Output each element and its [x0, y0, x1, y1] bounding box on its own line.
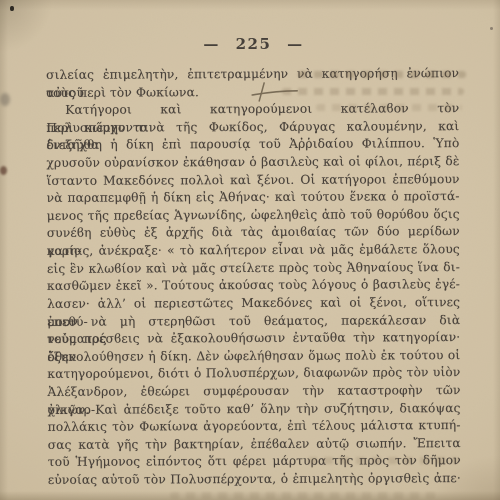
- text-line: χρυσοῦν οὐρανίσκον ἐκάθησαν ὁ βασιλεὺς κ…: [46, 153, 459, 172]
- text-line: ἵσταντο Μακεδόνες πολλοὶ καὶ ξένοι. Οἱ κ…: [47, 171, 460, 190]
- text-line: περὶ κώμην τινὰ τῆς Φωκίδος, Φάρυγας καλ…: [46, 118, 459, 137]
- text-line: κατηγορούμενοι, διότι ὁ Πολυσπέρχων, δια…: [47, 364, 460, 383]
- page-number: — 225 —: [203, 35, 303, 53]
- text-line: μουν νὰ μὴ στερηθῶσι τοῦ θεάματος, παρεκ…: [47, 312, 460, 331]
- text-line: ἐξηκολούθησεν ἡ δίκη. Δὲν ὠφελήθησαν ὅμω…: [47, 347, 460, 366]
- pencil-cross-mark: [250, 79, 300, 103]
- text-line: τοὺς πρέσϐεις νὰ ἐξακολουθήσωσιν ἐνταῦθα…: [47, 329, 460, 348]
- text-line: γορίας, ἀνέκραξε· « τὸ καλήτερον εἶναι ν…: [47, 241, 460, 260]
- page-header: — 225 —: [47, 35, 460, 53]
- text-line: πολλάκις τὸν Φωκίωνα ἀγορεύοντα, ἐπὶ τέλ…: [48, 417, 461, 436]
- text-line: χικῶν. Καὶ ἀπέδειξε τοῦτο καθ’ ὅλην τὴν …: [48, 400, 461, 419]
- edge-stain: [0, 166, 7, 175]
- text-line: διεξήχθη ἡ δίκη ἐπὶ παρουσίᾳ τοῦ Ἀῤῥιδαί…: [46, 136, 459, 155]
- text-line: τοῦ Ἡγήμονος εἰπόντος ὅτι φέρει μάρτυρα …: [48, 453, 461, 472]
- text-line: νὰ παραπεμφθῇ ἡ δίκη εἰς Ἀθήνας· καὶ τού…: [47, 188, 460, 207]
- text-line-text: τοὺς περὶ τὸν Φωκίωνα.: [46, 85, 199, 100]
- bleedthrough-smudge: [170, 492, 440, 499]
- text-line: συνέϐη εὐθὺς ἐξ ἀρχῆς διὰ τὰς ἀμοιϐαίας …: [47, 224, 460, 243]
- text-line: λασεν· ἀλλ’ οἱ περιεστῶτες Μακεδόνες καὶ…: [47, 294, 460, 313]
- edge-smudge: [0, 93, 10, 106]
- scanned-book-page: — 225 — σιλείας ἐπιμελητὴν, ἐπιτετραμμέν…: [0, 0, 500, 500]
- text-line: Ἀλέξανδρον, ἐθεώρει συμφέρουσαν τὴν κατα…: [47, 382, 460, 401]
- text-line: σας κατὰ γῆς τὴν βακτηρίαν, ἐπέϐαλεν αὐτ…: [48, 435, 461, 454]
- text-line: κασθῶμεν ἐκεῖ ». Τούτους ἀκούσας τοὺς λό…: [47, 276, 460, 295]
- ink-speck: [10, 6, 14, 11]
- text-line: μενος τῆς πρεϐείας Ἁγνωνίδης, ὠφεληθεὶς …: [47, 206, 460, 225]
- text-block: σιλείας ἐπιμελητὴν, ἐπιτετραμμένην νὰ κα…: [46, 65, 461, 489]
- text-line: τοὺς περὶ τὸν Φωκίωνα.: [46, 83, 459, 102]
- ink-speck: [490, 27, 493, 30]
- text-line: εὐνοίας αὐτοῦ τὸν Πολυσπέρχοντα, ὁ ἐπιμε…: [48, 470, 461, 489]
- text-line: εἰς ἓν κλωϐίον καὶ νὰ μᾶς στείλετε πρὸς …: [47, 259, 460, 278]
